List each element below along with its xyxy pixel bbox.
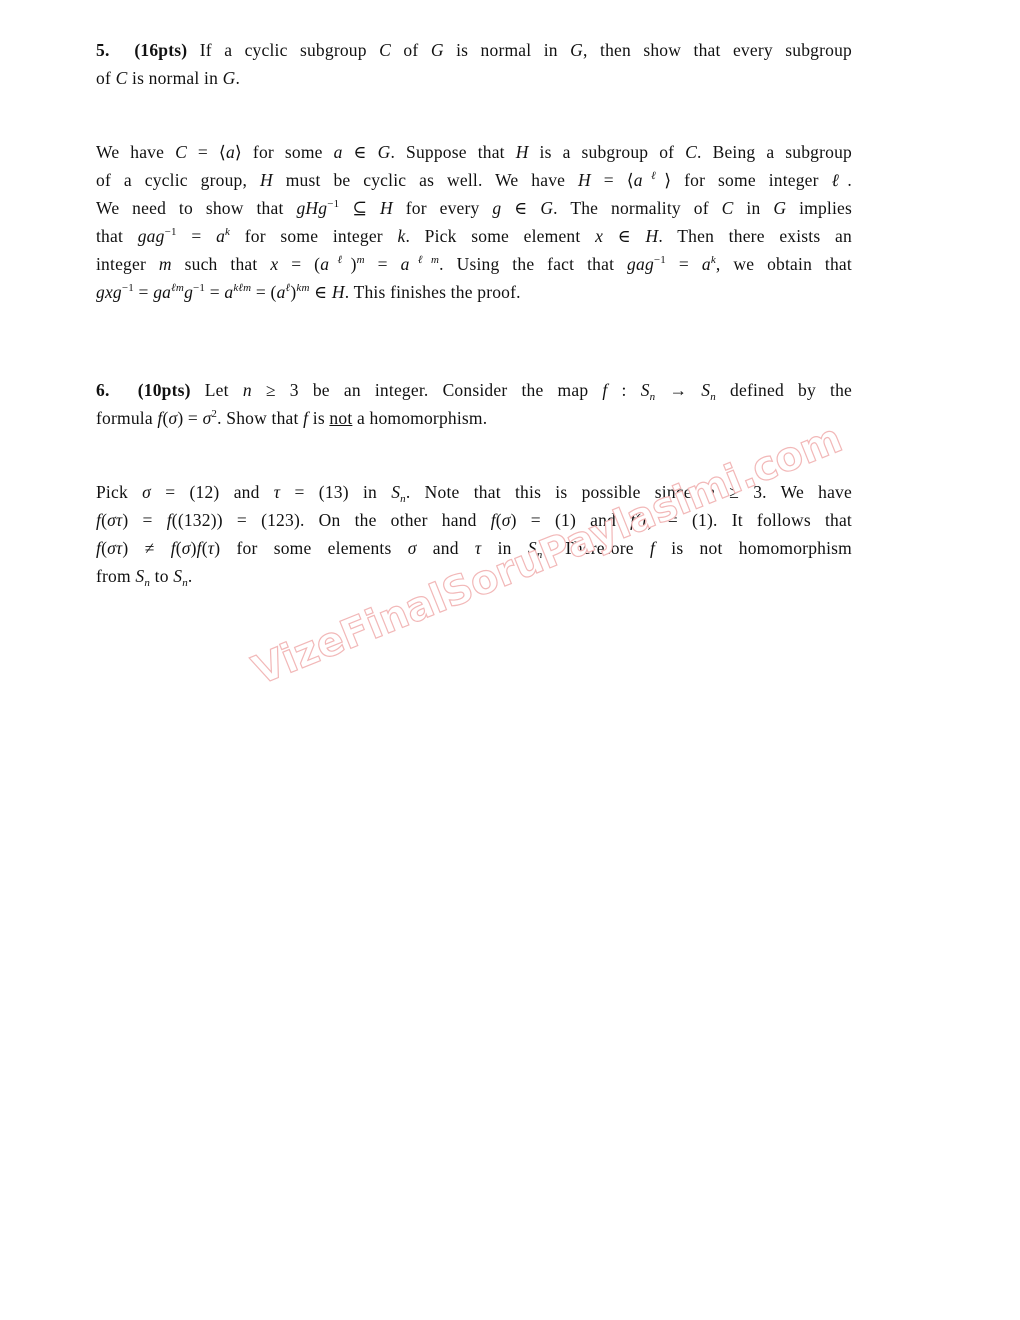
a5-line-5: integer m such that x = (aℓ)m = aℓm. Usi… xyxy=(96,250,852,278)
problem-5-answer: We have C = ⟨a⟩ for some a ∈ G. Suppose … xyxy=(96,138,852,306)
q5-line-2: of C is normal in G. xyxy=(96,64,852,92)
q5-line-1: 5. (16pts) If a cyclic subgroup C of G i… xyxy=(96,36,852,64)
q6-line-2: formula f(σ) = σ2. Show that f is not a … xyxy=(96,404,852,432)
a6-line-2: f(στ) = f((132)) = (123). On the other h… xyxy=(96,506,852,534)
problem-5-number: 5. xyxy=(96,40,110,60)
a5-line-4: that gag−1 = ak for some integer k. Pick… xyxy=(96,222,852,250)
a5-line-1: We have C = ⟨a⟩ for some a ∈ G. Suppose … xyxy=(96,138,852,166)
a5-line-3: We need to show that gHg−1 ⊆ H for every… xyxy=(96,194,852,222)
a5-line-6: gxg−1 = gaℓmg−1 = akℓm = (aℓ)km ∈ H. Thi… xyxy=(96,278,852,306)
problem-6-number: 6. xyxy=(96,380,110,400)
problem-6-question: 6. (10pts) Let n ≥ 3 be an integer. Cons… xyxy=(96,376,852,432)
problem-6-points: (10pts) xyxy=(138,380,191,400)
problem-5-points: (16pts) xyxy=(134,40,187,60)
a6-line-3: f(στ) ≠ f(σ)f(τ) for some elements σ and… xyxy=(96,534,852,562)
q6-line-1: 6. (10pts) Let n ≥ 3 be an integer. Cons… xyxy=(96,376,852,404)
problem-5-question: 5. (16pts) If a cyclic subgroup C of G i… xyxy=(96,36,852,92)
a5-line-2: of a cyclic group, H must be cyclic as w… xyxy=(96,166,852,194)
